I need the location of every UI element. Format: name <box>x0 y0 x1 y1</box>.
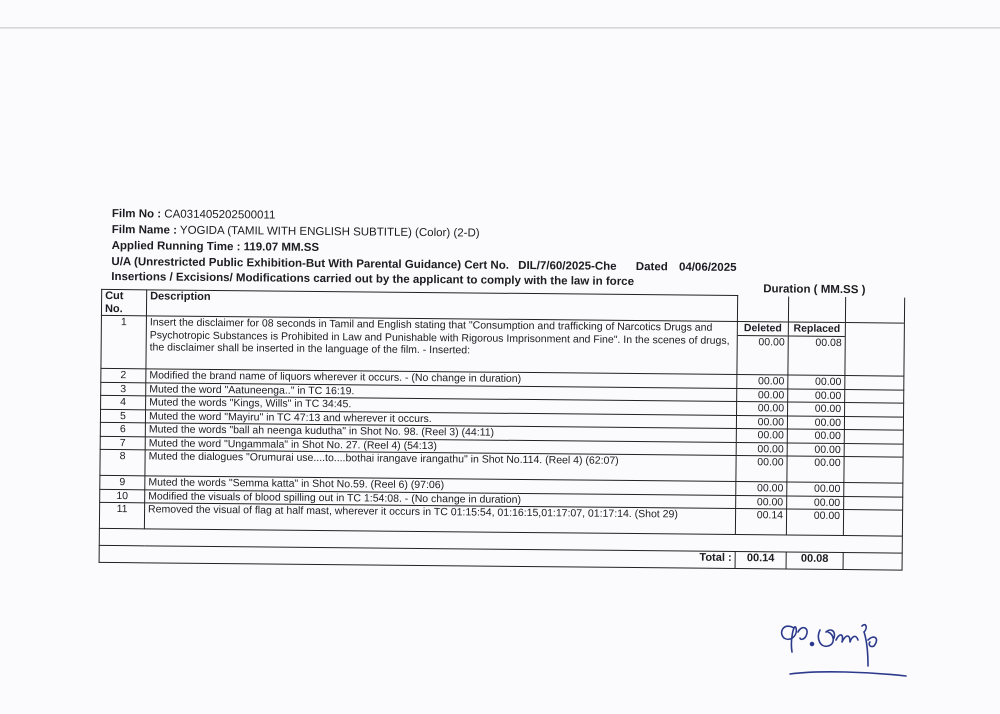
film-name-label: Film Name : <box>112 224 177 237</box>
cut-no: 4 <box>101 395 146 409</box>
deleted-value: 00.14 <box>735 509 786 535</box>
cut-no: 11 <box>99 502 144 528</box>
deleted-cell: Deleted 00.00 <box>737 322 789 375</box>
deleted-value: 00.00 <box>737 375 788 389</box>
total-deleted: 00.14 <box>735 551 786 568</box>
dated-label: Dated <box>636 261 668 273</box>
col-blank-spacer <box>845 297 904 324</box>
cut-no: 3 <box>101 382 146 396</box>
cut-no: 8 <box>100 449 145 475</box>
cut-no: 2 <box>101 368 146 382</box>
certificate-document: Film No : CA031405202500011 Film Name : … <box>109 206 922 571</box>
cut-no: 1 <box>101 315 147 368</box>
cut-no: 9 <box>100 475 145 489</box>
deleted-value: 00.00 <box>737 388 788 402</box>
cut-no: 5 <box>100 409 145 423</box>
blank-cell <box>844 496 903 510</box>
deleted-value: 00.00 <box>736 482 787 496</box>
replaced-value: 00.00 <box>786 509 843 536</box>
film-no-value: CA031405202500011 <box>164 209 275 222</box>
cut-no: 7 <box>100 436 145 450</box>
blank-cell <box>845 323 905 377</box>
handwritten-signature-icon <box>770 610 920 680</box>
col-replaced-spacer <box>788 296 845 323</box>
blank-cell <box>844 416 903 430</box>
deleted-value: 00.00 <box>736 456 787 482</box>
blank-cell <box>844 443 903 457</box>
deleted-value: 00.00 <box>738 336 788 349</box>
cut-no: 6 <box>100 422 145 436</box>
paper-fold-line <box>0 27 1000 29</box>
running-time-label: Applied Running Time : <box>112 240 241 253</box>
replaced-value: 00.00 <box>787 429 844 443</box>
replaced-value: 00.00 <box>787 456 844 483</box>
col-replaced: Replaced <box>789 323 845 337</box>
deleted-value: 00.00 <box>736 429 787 443</box>
col-deleted-spacer <box>737 296 788 322</box>
total-replaced: 00.08 <box>786 552 843 570</box>
certificate-type: U/A (Unrestricted Public Exhibition-But … <box>111 256 509 272</box>
duration-heading: Duration ( MM.SS ) <box>763 283 865 296</box>
replaced-value: 00.00 <box>787 442 844 456</box>
cut-no: 10 <box>100 489 145 503</box>
deleted-value: 00.00 <box>737 402 788 416</box>
replaced-value: 00.00 <box>788 402 845 416</box>
blank-cell <box>843 553 902 571</box>
blank-cell <box>844 430 903 444</box>
blank-cell <box>845 376 904 390</box>
replaced-value: 00.00 <box>787 482 844 496</box>
blank-cell <box>844 457 903 484</box>
cert-date: 04/06/2025 <box>679 261 737 274</box>
film-no-label: Film No : <box>112 208 161 220</box>
replaced-value: 00.00 <box>788 388 845 402</box>
col-cut-no: Cut No. <box>101 289 146 315</box>
blank-cell <box>844 483 903 497</box>
film-name-value: YOGIDA (TAMIL WITH ENGLISH SUBTITLE) (Co… <box>180 225 480 240</box>
blank-cell <box>843 510 902 537</box>
replaced-value: 00.00 <box>788 375 845 389</box>
replaced-cell: Replaced 00.08 <box>788 322 846 376</box>
running-time-value: 119.07 MM.SS <box>244 241 320 254</box>
col-deleted: Deleted <box>738 322 788 336</box>
replaced-value: 00.00 <box>787 415 844 429</box>
deleted-value: 00.00 <box>736 442 787 456</box>
cut-description: Insert the disclaimer for 08 seconds in … <box>146 316 737 375</box>
deleted-value: 00.00 <box>736 495 787 509</box>
replaced-value: 00.08 <box>789 336 845 349</box>
deleted-value: 00.00 <box>736 415 787 429</box>
cert-number: DIL/7/60/2025-Che <box>518 260 617 273</box>
cuts-table: Cut No. Description 1 Insert the disclai… <box>99 289 906 571</box>
table-row: 1 Insert the disclaimer for 08 seconds i… <box>101 315 904 376</box>
replaced-value: 00.00 <box>787 495 844 509</box>
blank-cell <box>845 403 904 417</box>
blank-cell <box>845 389 904 403</box>
